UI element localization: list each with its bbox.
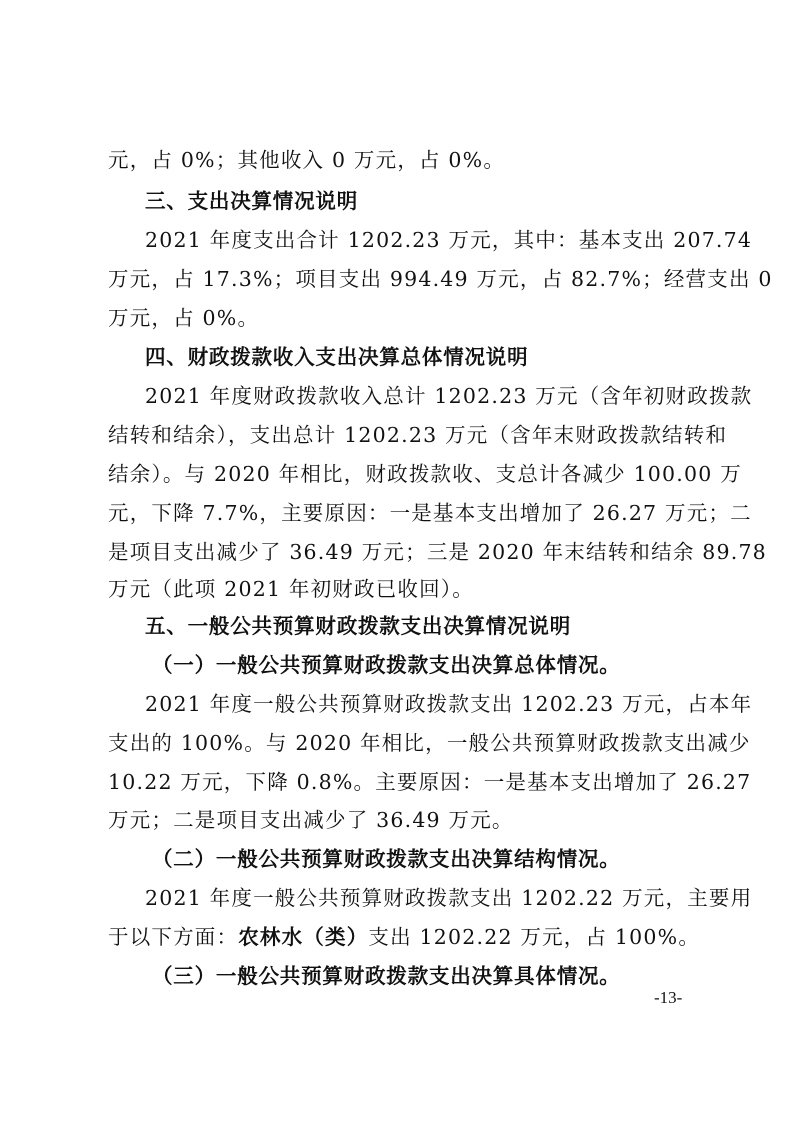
paragraph-line: 万元；二是项目支出减少了 36.49 万元。 <box>108 807 694 833</box>
paragraph-line: 元，下降 7.7%，主要原因：一是基本支出增加了 26.27 万元；二 <box>108 500 694 526</box>
text-segment: 支出 1202.22 万元，占 100%。 <box>368 925 700 949</box>
paragraph-line: 2021 年度财政拨款收入总计 1202.23 万元（含年初财政拨款 <box>145 383 694 409</box>
text-segment: 于以下方面： <box>108 925 238 949</box>
paragraph-line: 结余）。与 2020 年相比，财政拨款收、支总计各减少 100.00 万 <box>108 461 694 487</box>
paragraph-line: 是项目支出减少了 36.49 万元；三是 2020 年末结转和结余 89.78 <box>108 539 694 565</box>
paragraph-line: 万元（此项 2021 年初财政已收回）。 <box>108 576 694 602</box>
paragraph-line: 10.22 万元，下降 0.8%。主要原因：一是基本支出增加了 26.27 <box>108 769 694 795</box>
page-number: -13- <box>654 988 682 1008</box>
paragraph-line: 万元，占 0%。 <box>108 305 694 331</box>
section-heading-5: 五、一般公共预算财政拨款支出决算情况说明 <box>145 613 694 639</box>
subsection-heading-1: （一）一般公共预算财政拨款支出决算总体情况。 <box>152 652 694 678</box>
subsection-heading-3: （三）一般公共预算财政拨款支出决算具体情况。 <box>152 963 694 989</box>
paragraph-line: 2021 年度支出合计 1202.23 万元，其中：基本支出 207.74 <box>145 227 694 253</box>
document-page: 元，占 0%；其他收入 0 万元，占 0%。 三、支出决算情况说明 2021 年… <box>0 0 793 1122</box>
paragraph-line: 结转和结余），支出总计 1202.23 万元（含年末财政拨款结转和 <box>108 422 694 448</box>
paragraph-line: 2021 年度一般公共预算财政拨款支出 1202.23 万元，占本年 <box>145 691 694 717</box>
paragraph-line: 支出的 100%。与 2020 年相比，一般公共预算财政拨款支出减少 <box>108 730 694 756</box>
paragraph-line: 2021 年度一般公共预算财政拨款支出 1202.22 万元，主要用 <box>145 885 694 911</box>
section-heading-3: 三、支出决算情况说明 <box>145 188 694 214</box>
paragraph-line: 元，占 0%；其他收入 0 万元，占 0%。 <box>108 147 694 173</box>
category-name: 农林水（类） <box>238 925 368 949</box>
paragraph-line: 万元，占 17.3%；项目支出 994.49 万元，占 82.7%；经营支出 0 <box>108 266 694 292</box>
subsection-heading-2: （二）一般公共预算财政拨款支出决算结构情况。 <box>152 846 694 872</box>
section-heading-4: 四、财政拨款收入支出决算总体情况说明 <box>145 344 694 370</box>
paragraph-line-mixed: 于以下方面：农林水（类）支出 1202.22 万元，占 100%。 <box>108 924 694 950</box>
